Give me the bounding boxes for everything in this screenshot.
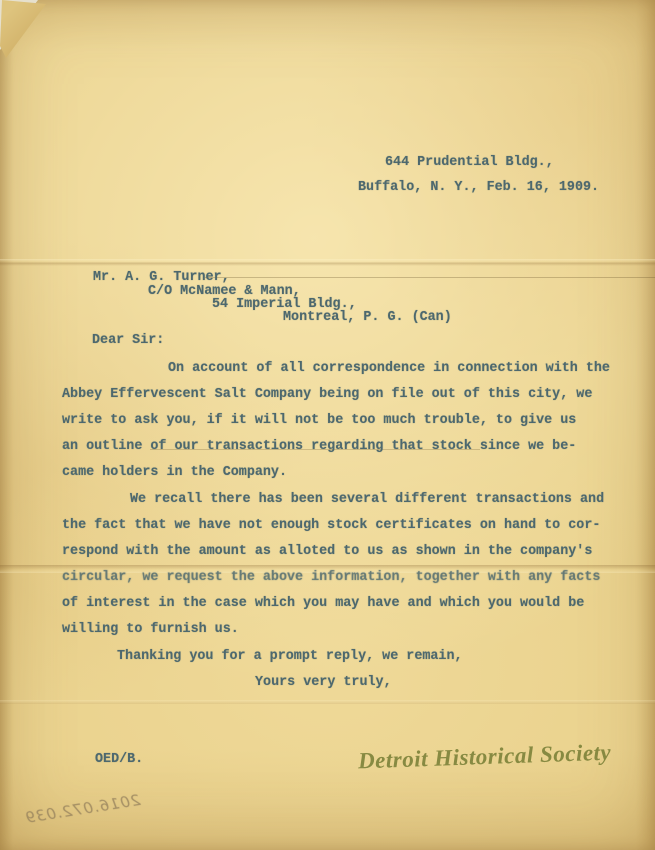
salutation: Dear Sir: bbox=[92, 333, 164, 348]
sender-address: 644 Prudential Bldg., bbox=[385, 155, 554, 170]
body-line: Abbey Effervescent Salt Company being on… bbox=[62, 387, 592, 402]
signature-line: Yours very truly, bbox=[255, 675, 392, 690]
body-line: We recall there has been several differe… bbox=[130, 492, 604, 507]
body-line: an outline of our transactions regarding… bbox=[62, 439, 576, 454]
letter-scan: 644 Prudential Bldg., Buffalo, N. Y., Fe… bbox=[0, 0, 655, 850]
body-line: write to ask you, if it will not be too … bbox=[62, 413, 576, 428]
body-line: willing to furnish us. bbox=[62, 622, 239, 637]
reference-initials: OED/B. bbox=[95, 752, 143, 767]
body-line: circular, we request the above informati… bbox=[62, 570, 600, 585]
body-line: respond with the amount as alloted to us… bbox=[62, 544, 592, 559]
dateline: Buffalo, N. Y., Feb. 16, 1909. bbox=[358, 180, 599, 195]
recipient-name: Mr. A. G. Turner, bbox=[93, 270, 230, 285]
closing-line: Thanking you for a prompt reply, we rema… bbox=[117, 649, 463, 664]
body-line: of interest in the case which you may ha… bbox=[62, 596, 584, 611]
body-line: On account of all correspondence in conn… bbox=[168, 361, 610, 376]
body-line: came holders in the Company. bbox=[62, 465, 287, 480]
recipient-city: Montreal, P. G. (Can) bbox=[283, 310, 452, 325]
body-line: the fact that we have not enough stock c… bbox=[62, 518, 600, 533]
